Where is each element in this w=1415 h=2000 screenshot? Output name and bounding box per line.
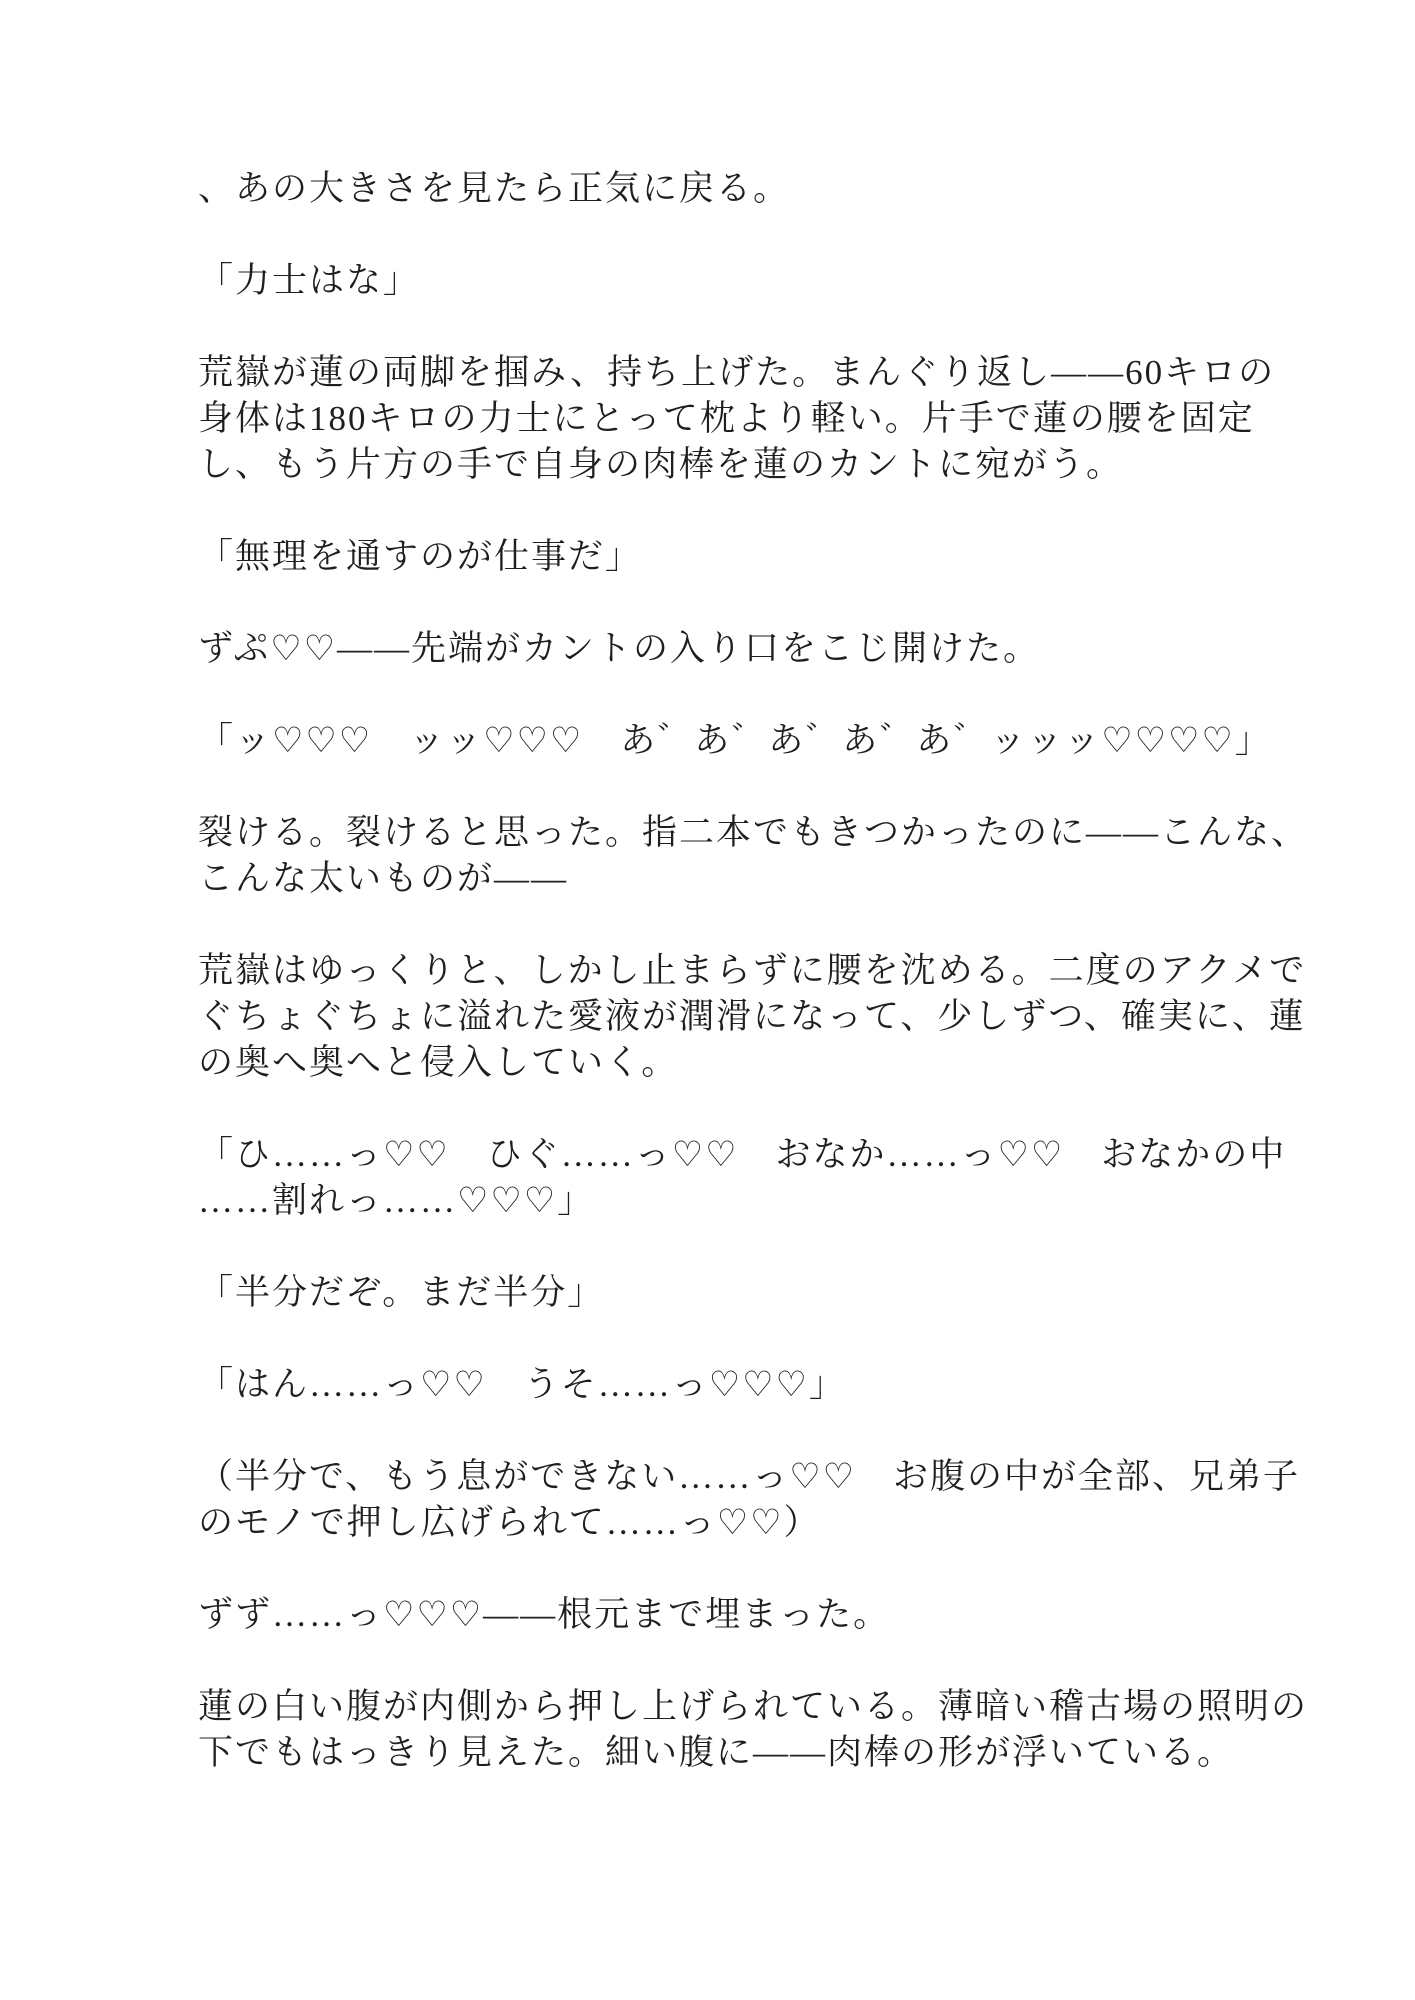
paragraph: ずぷ♡♡——先端がカントの入り口をこじ開けた。 (198, 626, 1303, 672)
text-line: （半分で、もう息ができない……っ♡♡ お腹の中が全部、兄弟子 (198, 1454, 1303, 1500)
paragraph: 「無理を通すのが仕事だ」 (198, 534, 1303, 580)
text-line: 「力士はな」 (198, 258, 1303, 304)
text-line: ……割れっ……♡♡♡」 (198, 1178, 1303, 1224)
text-line: 、あの大きさを見たら正気に戻る。 (198, 166, 1303, 212)
paragraph: 「はん……っ♡♡ うそ……っ♡♡♡」 (198, 1362, 1303, 1408)
text-line: ずぷ♡♡——先端がカントの入り口をこじ開けた。 (198, 626, 1303, 672)
paragraph: 、あの大きさを見たら正気に戻る。 (198, 166, 1303, 212)
text-line: ずず……っ♡♡♡——根元まで埋まった。 (198, 1592, 1303, 1638)
text-line: し、もう片方の手で自身の肉棒を蓮のカントに宛がう。 (198, 442, 1303, 488)
text-line: こんな太いものが—— (198, 856, 1303, 902)
document-page: 、あの大きさを見たら正気に戻る。 「力士はな」 荒嶽が蓮の両脚を掴み、持ち上げた… (0, 0, 1415, 2000)
text-line: ぐちょぐちょに溢れた愛液が潤滑になって、少しずつ、確実に、蓮 (198, 994, 1303, 1040)
paragraph: （半分で、もう息ができない……っ♡♡ お腹の中が全部、兄弟子 のモノで押し広げら… (198, 1454, 1303, 1546)
text-line: 荒嶽はゆっくりと、しかし止まらずに腰を沈める。二度のアクメで (198, 948, 1303, 994)
paragraph: 荒嶽はゆっくりと、しかし止まらずに腰を沈める。二度のアクメで ぐちょぐちょに溢れ… (198, 948, 1303, 1086)
text-line: 「はん……っ♡♡ うそ……っ♡♡♡」 (198, 1362, 1303, 1408)
paragraph: ずず……っ♡♡♡——根元まで埋まった。 (198, 1592, 1303, 1638)
paragraph: 蓮の白い腹が内側から押し上げられている。薄暗い稽古場の照明の 下でもはっきり見え… (198, 1684, 1303, 1776)
paragraph: 「力士はな」 (198, 258, 1303, 304)
paragraph: 裂ける。裂けると思った。指二本でもきつかったのに——こんな、 こんな太いものが—… (198, 810, 1303, 902)
text-content: 、あの大きさを見たら正気に戻る。 「力士はな」 荒嶽が蓮の両脚を掴み、持ち上げた… (198, 166, 1303, 1822)
text-line: 「ひ……っ♡♡ ひぐ……っ♡♡ おなか……っ♡♡ おなかの中 (198, 1132, 1303, 1178)
text-line: 下でもはっきり見えた。細い腹に——肉棒の形が浮いている。 (198, 1730, 1303, 1776)
paragraph: 「半分だぞ。まだ半分」 (198, 1270, 1303, 1316)
paragraph: 「ッ♡♡♡ ッッ♡♡♡ あ゛あ゛あ゛あ゛あ゛ッッッ♡♡♡♡」 (198, 718, 1303, 764)
text-line: 荒嶽が蓮の両脚を掴み、持ち上げた。まんぐり返し——60キロの (198, 350, 1303, 396)
paragraph: 荒嶽が蓮の両脚を掴み、持ち上げた。まんぐり返し——60キロの 身体は180キロの… (198, 350, 1303, 488)
text-line: 「ッ♡♡♡ ッッ♡♡♡ あ゛あ゛あ゛あ゛あ゛ッッッ♡♡♡♡」 (198, 718, 1303, 764)
text-line: 「無理を通すのが仕事だ」 (198, 534, 1303, 580)
text-line: 裂ける。裂けると思った。指二本でもきつかったのに——こんな、 (198, 810, 1303, 856)
text-line: の奥へ奥へと侵入していく。 (198, 1040, 1303, 1086)
text-line: のモノで押し広げられて……っ♡♡） (198, 1500, 1303, 1546)
text-line: 蓮の白い腹が内側から押し上げられている。薄暗い稽古場の照明の (198, 1684, 1303, 1730)
text-line: 身体は180キロの力士にとって枕より軽い。片手で蓮の腰を固定 (198, 396, 1303, 442)
text-line: 「半分だぞ。まだ半分」 (198, 1270, 1303, 1316)
paragraph: 「ひ……っ♡♡ ひぐ……っ♡♡ おなか……っ♡♡ おなかの中 ……割れっ……♡♡… (198, 1132, 1303, 1224)
